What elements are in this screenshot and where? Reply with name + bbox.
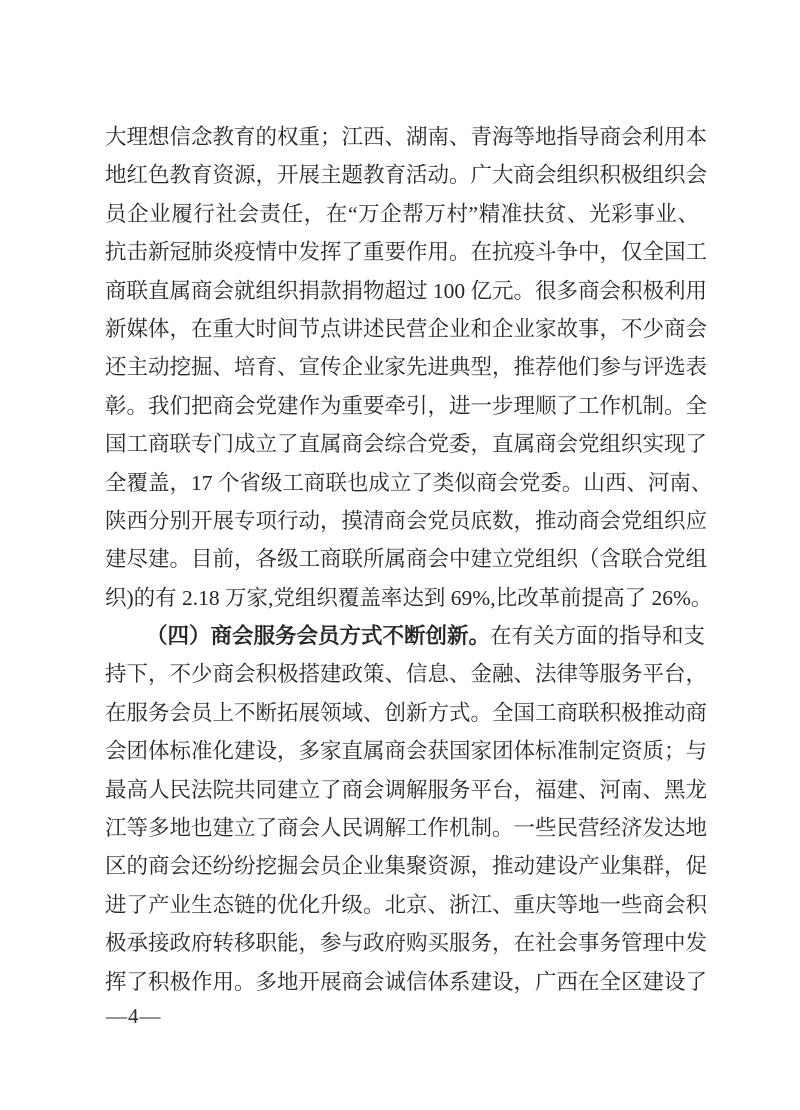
text-block: 大理想信念教育的权重；江西、湖南、青海等地指导商会利用本地红色教育资源，开展主题… [105, 118, 699, 1001]
text-line: 江等多地也建立了商会人民调解工作机制。一些民营经济发达地 [105, 809, 699, 847]
text-line: 国工商联专门成立了直属商会综合党委，直属商会党组织实现了 [105, 425, 699, 463]
text-line: 持下，不少商会积极搭建政策、信息、金融、法律等服务平台， [105, 655, 699, 693]
text-line: 区的商会还纷纷挖掘会员企业集聚资源，推动建设产业集群，促 [105, 847, 699, 885]
text-line: 地红色教育资源，开展主题教育活动。广大商会组织积极组织会 [105, 156, 699, 194]
text-line: 还主动挖掘、培育、宣传企业家先进典型，推荐他们参与评选表 [105, 348, 699, 386]
page-number: —4— [106, 1001, 162, 1031]
text-line: 彰。我们把商会党建作为重要牵引，进一步理顺了工作机制。全 [105, 387, 699, 425]
text-line: 挥了积极作用。多地开展商会诚信体系建设，广西在全区建设了 [105, 963, 699, 1001]
text-line: 员企业履行社会责任，在“万企帮万村”精准扶贫、光彩事业、 [105, 195, 699, 233]
document-page: 大理想信念教育的权重；江西、湖南、青海等地指导商会利用本地红色教育资源，开展主题… [0, 0, 800, 1110]
text-line: 在服务会员上不断拓展领域、创新方式。全国工商联积极推动商 [105, 694, 699, 732]
text-line: 织)的有 2.18 万家,党组织覆盖率达到 69%,比改革前提高了 26%。 [105, 579, 699, 617]
text-line: 抗击新冠肺炎疫情中发挥了重要作用。在抗疫斗争中，仅全国工 [105, 233, 699, 271]
text-line: （四）商会服务会员方式不断创新。在有关方面的指导和支 [105, 617, 699, 655]
text-line: 全覆盖，17 个省级工商联也成立了类似商会党委。山西、河南、 [105, 464, 699, 502]
text-line: 陕西分别开展专项行动，摸清商会党员底数，推动商会党组织应 [105, 502, 699, 540]
text-line: 进了产业生态链的优化升级。北京、浙江、重庆等地一些商会积 [105, 886, 699, 924]
text-line: 会团体标准化建设，多家直属商会获国家团体标准制定资质；与 [105, 732, 699, 770]
text-line: 商联直属商会就组织捐款捐物超过 100 亿元。很多商会积极利用 [105, 272, 699, 310]
text-line: 大理想信念教育的权重；江西、湖南、青海等地指导商会利用本 [105, 118, 699, 156]
section-heading: （四）商会服务会员方式不断创新。 [146, 624, 490, 648]
text-line: 建尽建。目前，各级工商联所属商会中建立党组织（含联合党组 [105, 540, 699, 578]
text-line: 最高人民法院共同建立了商会调解服务平台，福建、河南、黑龙 [105, 771, 699, 809]
text-line: 极承接政府转移职能，参与政府购买服务，在社会事务管理中发 [105, 924, 699, 962]
text-line: 新媒体，在重大时间节点讲述民营企业和企业家故事，不少商会 [105, 310, 699, 348]
